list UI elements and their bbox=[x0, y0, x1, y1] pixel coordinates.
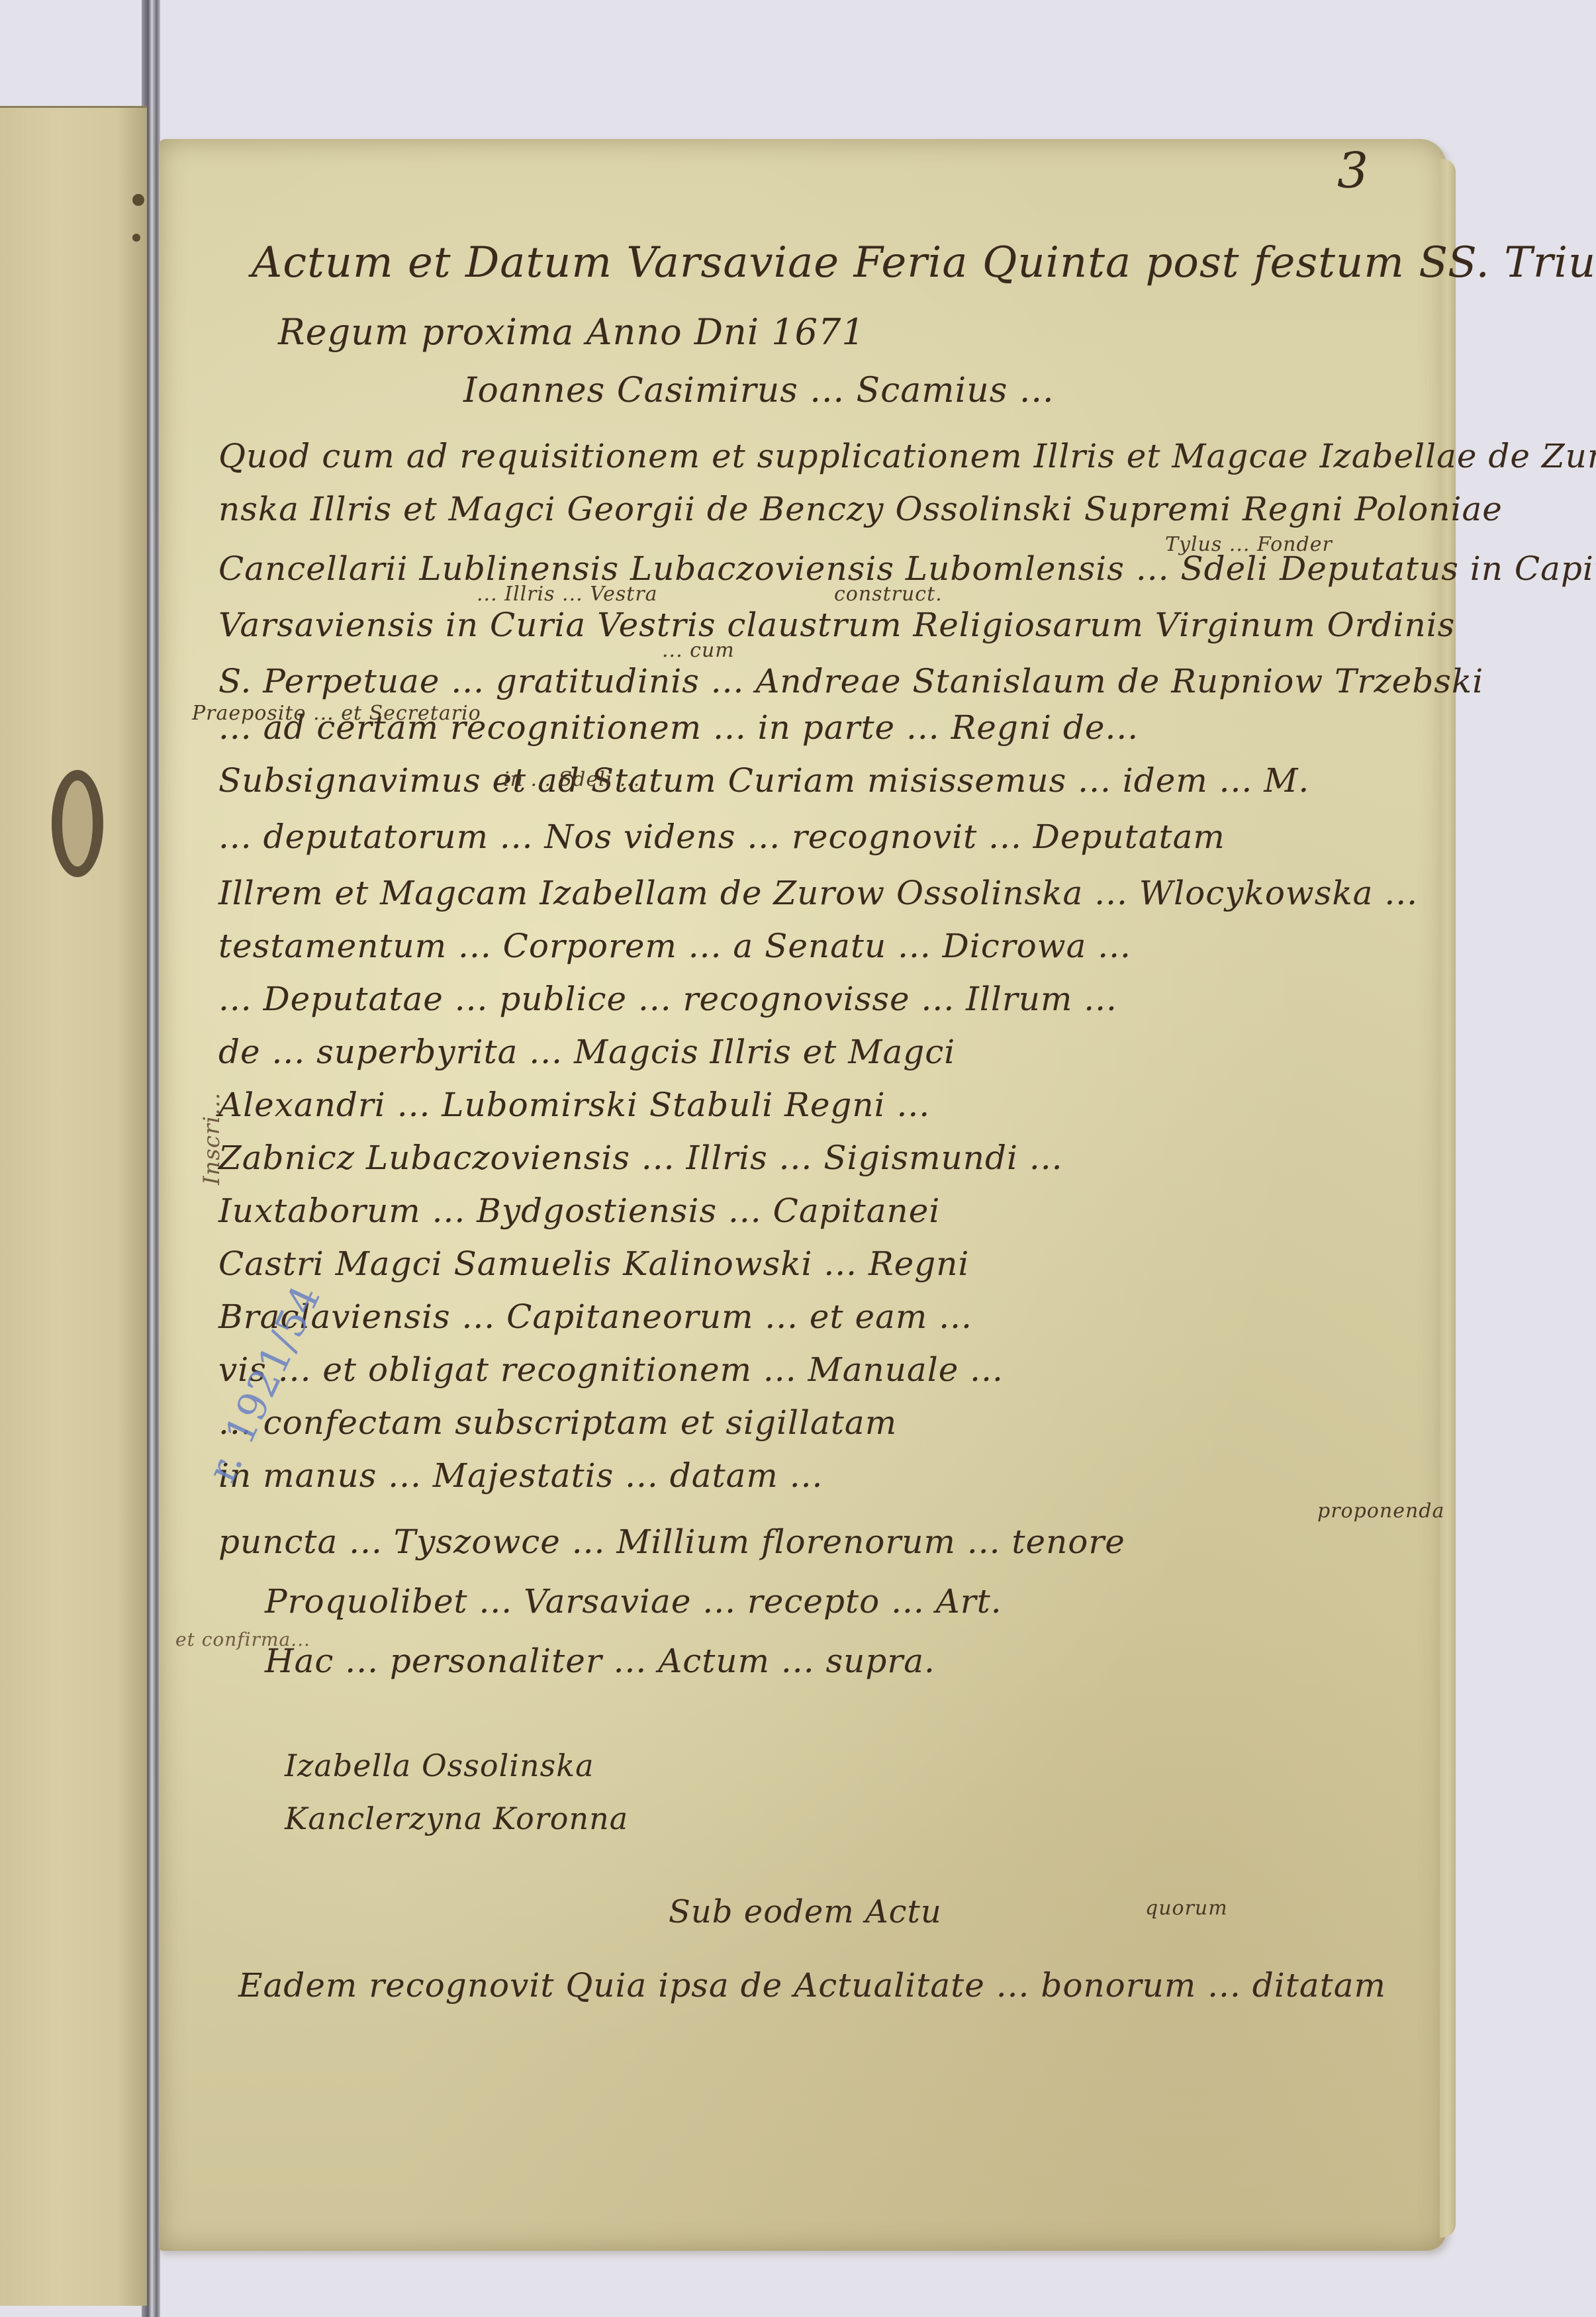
interlinear-note: ... cum bbox=[662, 639, 735, 662]
body-line: Subsignavimus et ad Statum Curiam misiss… bbox=[218, 761, 1309, 800]
left-page-strip bbox=[0, 106, 147, 2306]
body-line: Varsaviensis in Curia Vestris claustrum … bbox=[218, 606, 1455, 644]
section-heading: Sub eodem Actu bbox=[669, 1893, 942, 1930]
signature-name: Izabella Ossolinska bbox=[285, 1748, 594, 1783]
interlinear-note: Tylus ... Fonder bbox=[1165, 533, 1333, 556]
interlinear-note: Praeposito ... et Secretario bbox=[192, 702, 481, 725]
body-line: Alexandri ... Lubomirski Stabuli Regni .… bbox=[218, 1086, 930, 1124]
body-line: Zabnicz Lubaczoviensis ... Illris ... Si… bbox=[218, 1139, 1063, 1177]
body-line: S. Perpetuae ... gratitudinis ... Andrea… bbox=[218, 662, 1483, 700]
body-line: de ... superbyrita ... Magcis Illris et … bbox=[218, 1033, 955, 1071]
body-line: nska Illris et Magci Georgii de Benczy O… bbox=[218, 490, 1503, 528]
body-line: Hac ... personaliter ... Actum ... supra… bbox=[265, 1642, 935, 1680]
body-line: Braclaviensis ... Capitaneorum ... et ea… bbox=[218, 1298, 972, 1336]
margin-note-vertical: Inscri... bbox=[199, 1092, 225, 1185]
body-line: puncta ... Tyszowce ... Millium florenor… bbox=[218, 1523, 1125, 1561]
body-line: ... deputatorum ... Nos videns ... recog… bbox=[218, 818, 1225, 856]
heading-line: Regum proxima Anno Dni 1671 bbox=[278, 311, 865, 353]
body-line: ... Deputatae ... publice ... recognovis… bbox=[218, 980, 1117, 1018]
interlinear-note: in ... Sdeli ... bbox=[503, 768, 640, 791]
interlinear-note: quorum bbox=[1145, 1897, 1228, 1920]
body-line: Quod cum ad requisitionem et supplicatio… bbox=[218, 437, 1596, 475]
interlinear-note: ... Illris ... Vestra bbox=[477, 583, 658, 606]
body-line: vis ... et obligat recognitionem ... Man… bbox=[218, 1350, 1004, 1389]
body-line: testamentum ... Corporem ... a Senatu ..… bbox=[218, 927, 1131, 965]
body-line: Castri Magci Samuelis Kalinowski ... Reg… bbox=[218, 1245, 969, 1283]
heading-line: Ioannes Casimirus ... Scamius ... bbox=[463, 371, 1055, 410]
body-line: Proquolibet ... Varsaviae ... recepto ..… bbox=[265, 1582, 1002, 1621]
body-line: Illrem et Magcam Izabellam de Zurow Osso… bbox=[218, 874, 1418, 912]
body-line: Iuxtaborum ... Bydgostiensis ... Capitan… bbox=[218, 1192, 940, 1230]
body-line: in manus ... Majestatis ... datam ... bbox=[218, 1456, 823, 1495]
final-line: Eadem recognovit Quia ipsa de Actualitat… bbox=[238, 1966, 1386, 2005]
binding-hole bbox=[132, 194, 144, 206]
folio-number: 3 bbox=[1337, 142, 1369, 199]
interlinear-note: proponenda bbox=[1317, 1499, 1444, 1523]
heading-line: Actum et Datum Varsaviae Feria Quinta po… bbox=[252, 238, 1596, 287]
margin-note-lower: et confirma... bbox=[175, 1629, 310, 1650]
binding-hole bbox=[132, 234, 140, 242]
body-line: ... confectam subscriptam et sigillatam bbox=[218, 1403, 897, 1442]
signature-title: Kanclerzyna Koronna bbox=[285, 1801, 628, 1836]
ink-stain bbox=[52, 770, 103, 877]
interlinear-note: construct. bbox=[834, 583, 943, 606]
